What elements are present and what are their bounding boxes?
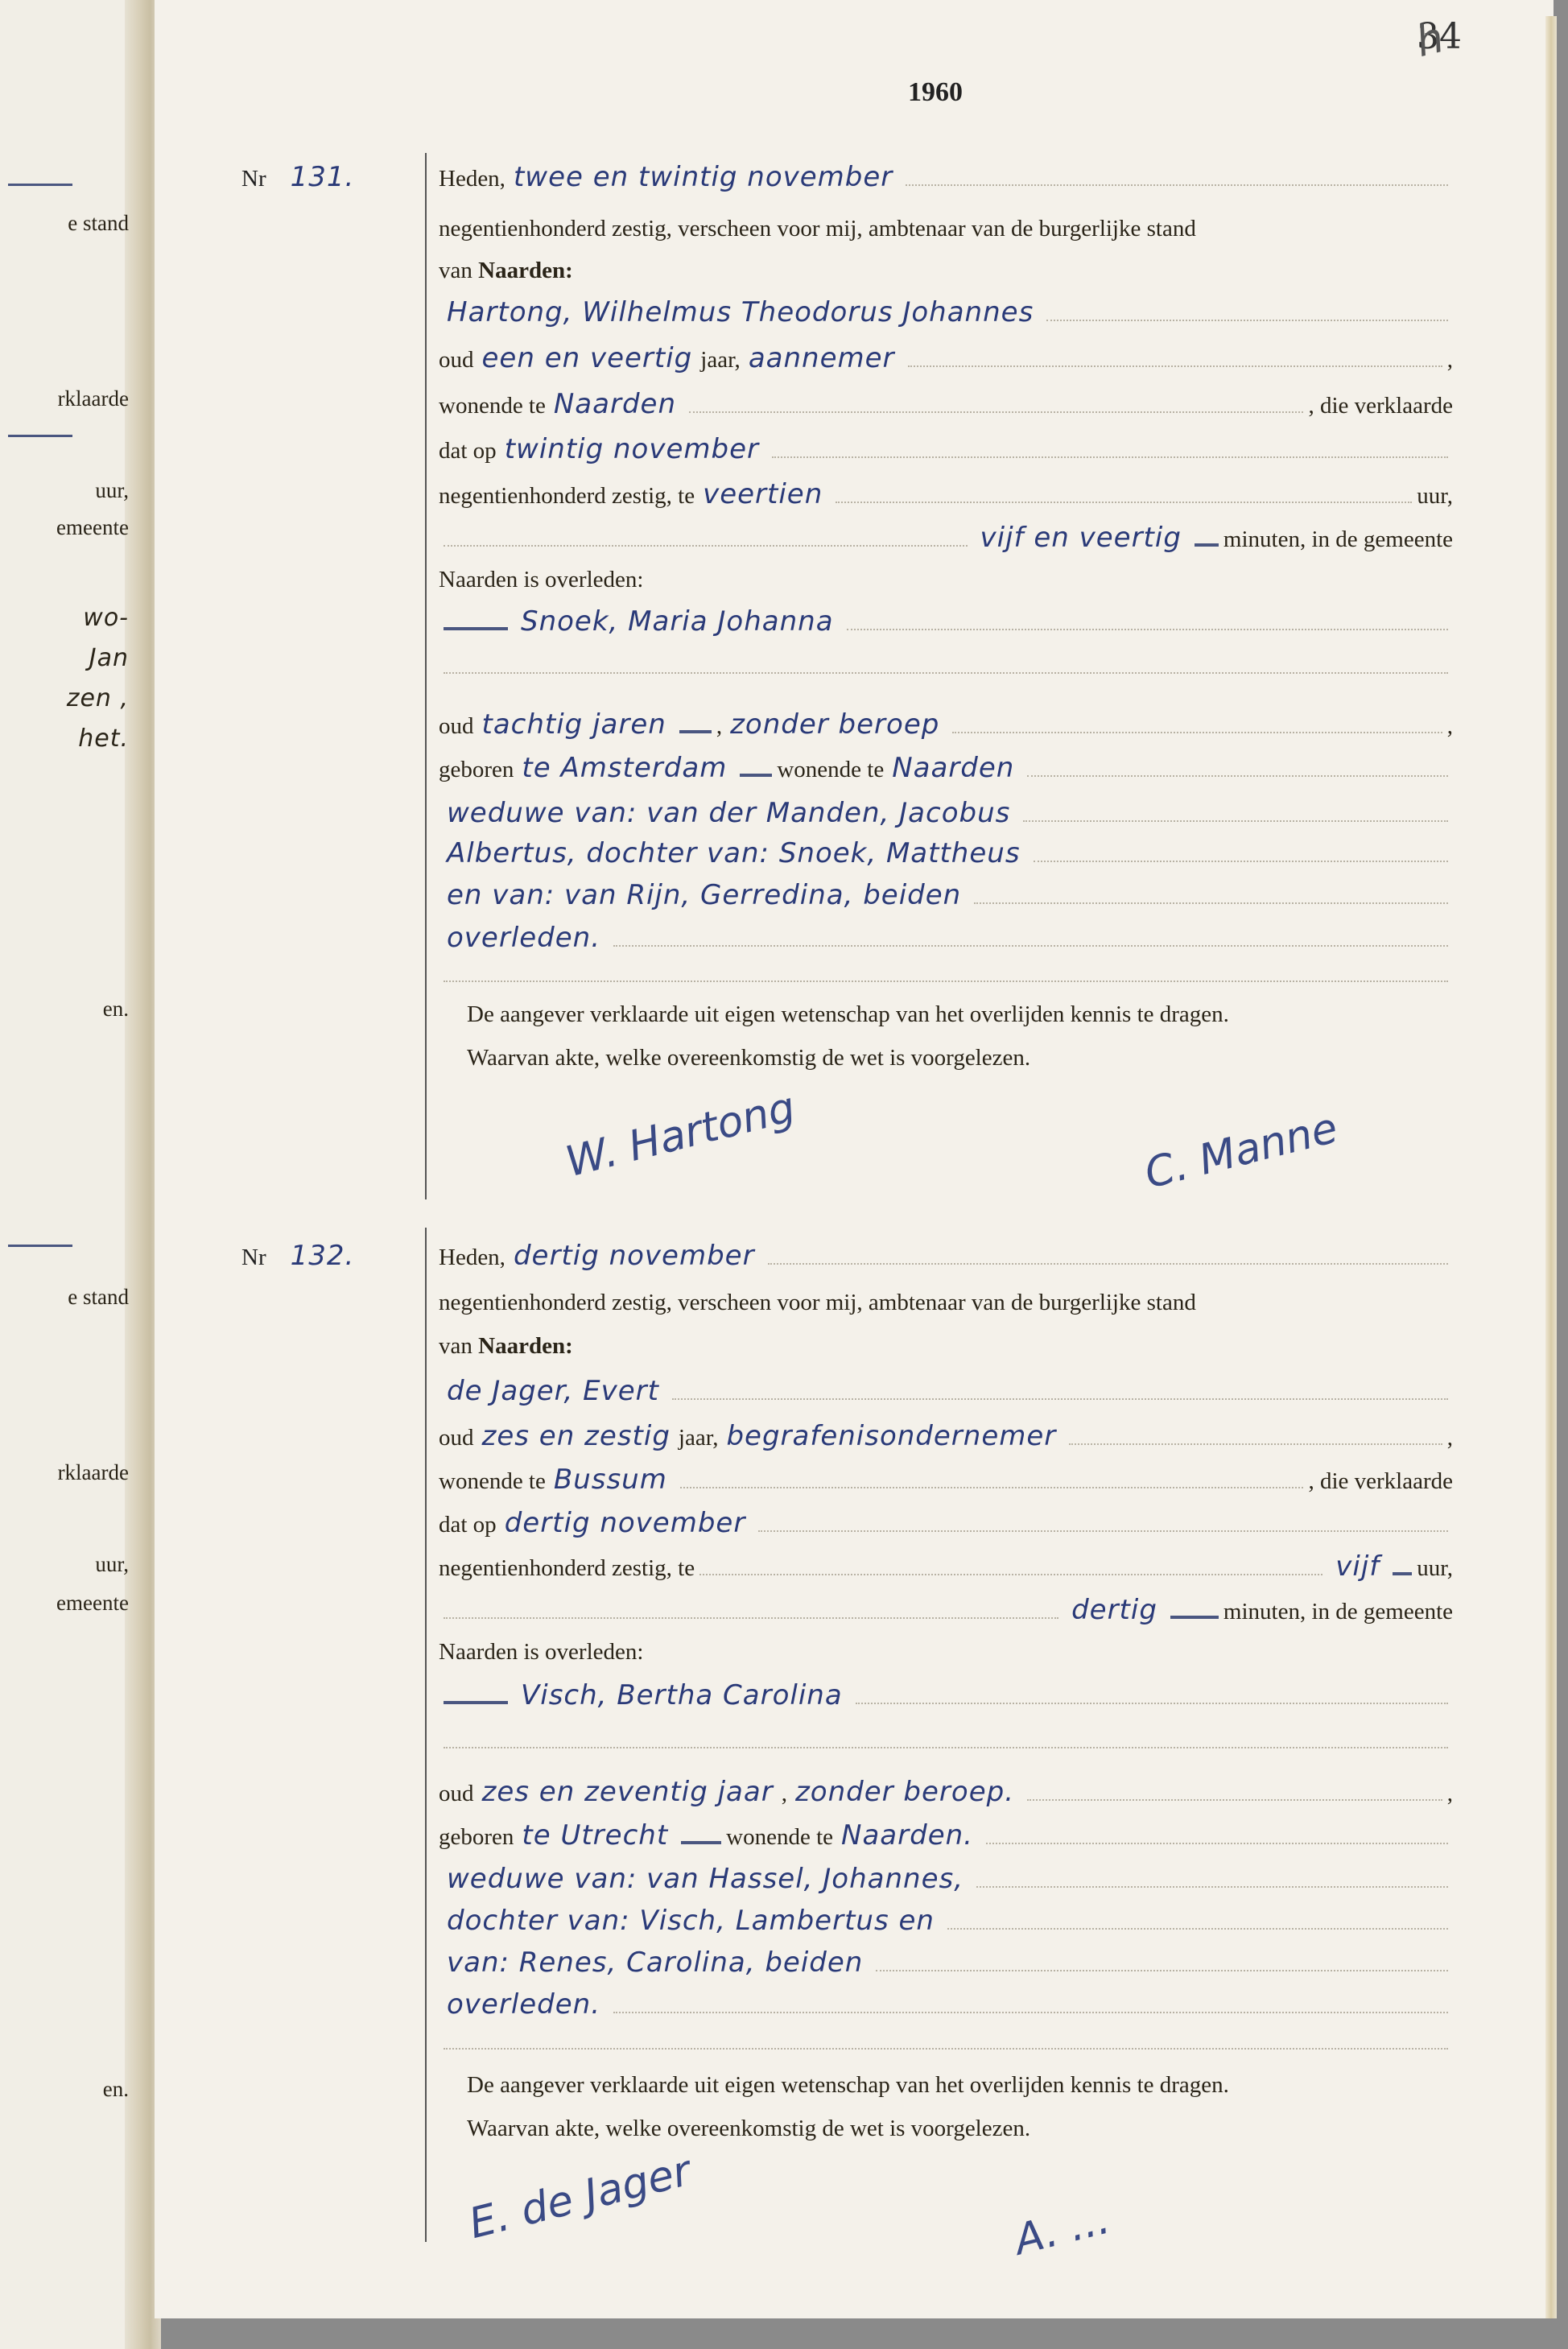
left-rule <box>8 1245 72 1247</box>
deceased-name: Snoek, Maria Johanna <box>521 605 834 638</box>
record-line: negentienhonderd zestig, verscheen voor … <box>439 1290 1453 1316</box>
read-aloud-text: Waarvan akte, welke overeenkomstig de we… <box>467 1045 1481 1071</box>
record-line: oudeen en veertigjaar,aannemer, <box>439 342 1453 374</box>
left-fragment: zen , <box>0 684 135 712</box>
record-line <box>439 964 1453 982</box>
record-line: van Naarden: <box>439 1333 1453 1360</box>
record-line: geborente Amsterdamwonende teNaarden <box>439 752 1453 784</box>
record-line: Heden,dertig november <box>439 1240 1453 1272</box>
record-line: oudzes en zestigjaar,begrafenisonderneme… <box>439 1420 1453 1452</box>
record-line: Naarden is overleden: <box>439 567 1453 593</box>
record-line: negentienhonderd zestig, teveertienuur, <box>439 478 1453 510</box>
left-fragment: e stand <box>0 211 135 236</box>
record-line <box>439 1731 1453 1748</box>
record-line: Albertus, dochter van: Snoek, Mattheus <box>439 837 1453 869</box>
record-line: Snoek, Maria Johanna <box>439 605 1453 638</box>
declarant-name: Hartong, Wilhelmus Theodorus Johannes <box>447 296 1034 328</box>
record-line: oudtachtig jaren,zonder beroep, <box>439 708 1453 741</box>
record-line: weduwe van: van Hassel, Johannes, <box>439 1863 1453 1895</box>
declaration-text: De aangever verklaarde uit eigen wetensc… <box>467 2072 1481 2099</box>
deceased-name: Visch, Bertha Carolina <box>521 1679 843 1711</box>
record-line: Hartong, Wilhelmus Theodorus Johannes <box>439 296 1453 328</box>
left-fragment: uur, <box>0 1552 135 1577</box>
record-number: Nr132. <box>241 1240 354 1272</box>
record-line: Visch, Bertha Carolina <box>439 1679 1453 1711</box>
record-line: oudzes en zeventig jaar,zonder beroep., <box>439 1776 1453 1808</box>
record-number: Nr131. <box>241 161 354 193</box>
column-divider <box>425 153 427 1199</box>
page-number: h34 <box>1417 16 1462 57</box>
record-line: Naarden is overleden: <box>439 1639 1453 1666</box>
declaration-text: De aangever verklaarde uit eigen wetensc… <box>467 1001 1481 1028</box>
left-fragment: emeente <box>0 1591 135 1616</box>
read-aloud-text: Waarvan akte, welke overeenkomstig de we… <box>467 2116 1481 2142</box>
left-fragment: rklaarde <box>0 1460 135 1485</box>
record-line: van: Renes, Carolina, beiden <box>439 1946 1453 1979</box>
left-fragment: Jan <box>0 644 135 672</box>
record-line: dat opdertig november <box>439 1507 1453 1539</box>
record-line: negentienhonderd zestig, verscheen voor … <box>439 216 1453 242</box>
column-divider <box>425 1228 427 2242</box>
record-line: van Naarden: <box>439 258 1453 284</box>
record-line: geborente Utrechtwonende teNaarden. <box>439 1819 1453 1852</box>
record-line: en van: van Rijn, Gerredina, beiden <box>439 879 1453 911</box>
record-line: wonende teNaarden, die verklaarde <box>439 388 1453 420</box>
left-fragment: uur, <box>0 478 135 503</box>
left-fragment: rklaarde <box>0 386 135 411</box>
record-line: weduwe van: van der Manden, Jacobus <box>439 797 1453 829</box>
record-line: negentienhonderd zestig, tevijfuur, <box>439 1550 1453 1583</box>
page-edge <box>1545 16 1557 2318</box>
left-fragment: het. <box>0 725 135 753</box>
record-line <box>439 656 1453 674</box>
left-rule <box>8 184 72 186</box>
record-line: dat optwintig november <box>439 433 1453 465</box>
left-fragment: en. <box>0 2077 135 2102</box>
record-line: dochter van: Visch, Lambertus en <box>439 1905 1453 1937</box>
record-line: Heden,twee en twintig november <box>439 161 1453 193</box>
record-line: dertigminuten, in de gemeente <box>439 1594 1453 1626</box>
previous-page-edge <box>0 0 135 2349</box>
record-line: vijf en veertigminuten, in de gemeente <box>439 522 1453 554</box>
left-fragment: e stand <box>0 1285 135 1310</box>
record-line: overleden. <box>439 1988 1453 2021</box>
record-line: overleden. <box>439 922 1453 954</box>
left-rule <box>8 435 72 437</box>
record-line: de Jager, Evert <box>439 1375 1453 1407</box>
left-fragment: en. <box>0 997 135 1022</box>
left-fragment: emeente <box>0 515 135 540</box>
record-line <box>439 2032 1453 2050</box>
declarant-name: de Jager, Evert <box>447 1375 659 1407</box>
left-fragment: wo- <box>0 604 135 632</box>
register-year: 1960 <box>908 77 963 108</box>
record-line: wonende teBussum, die verklaarde <box>439 1463 1453 1496</box>
